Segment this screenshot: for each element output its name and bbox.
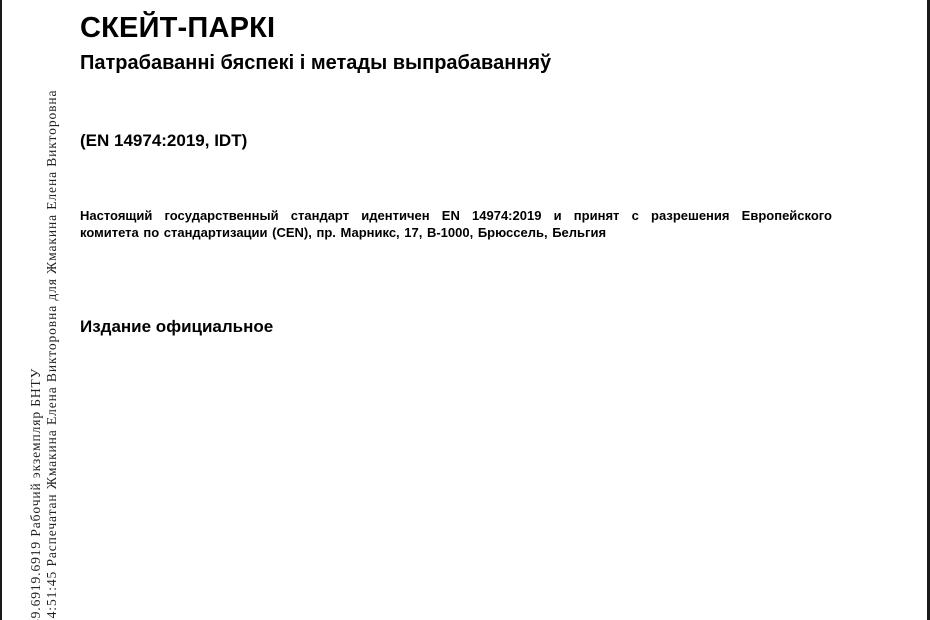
document-subtitle: Патрабаванні бяспекі і метады выпрабаван… — [80, 50, 551, 76]
edition-label: Издание официальное — [80, 316, 273, 338]
document-title: СКЕЙТ-ПАРКІ — [80, 11, 275, 45]
page-border-left — [0, 0, 2, 620]
adoption-statement-line-2: комитета по стандартизации (CEN), пр. Ма… — [80, 225, 832, 242]
side-stamp-copy-info: 89.6919.6919 Рабочий экземпляр БНТУ — [28, 368, 43, 620]
adoption-statement-line-1: Настоящий государственный стандарт идент… — [80, 208, 832, 225]
adoption-statement: Настоящий государственный стандарт идент… — [80, 208, 832, 241]
standard-designation: (EN 14974:2019, IDT) — [80, 130, 247, 152]
side-stamp-print-info: 14:51:45 Распечатан Жмакина Елена Виктор… — [44, 90, 59, 620]
